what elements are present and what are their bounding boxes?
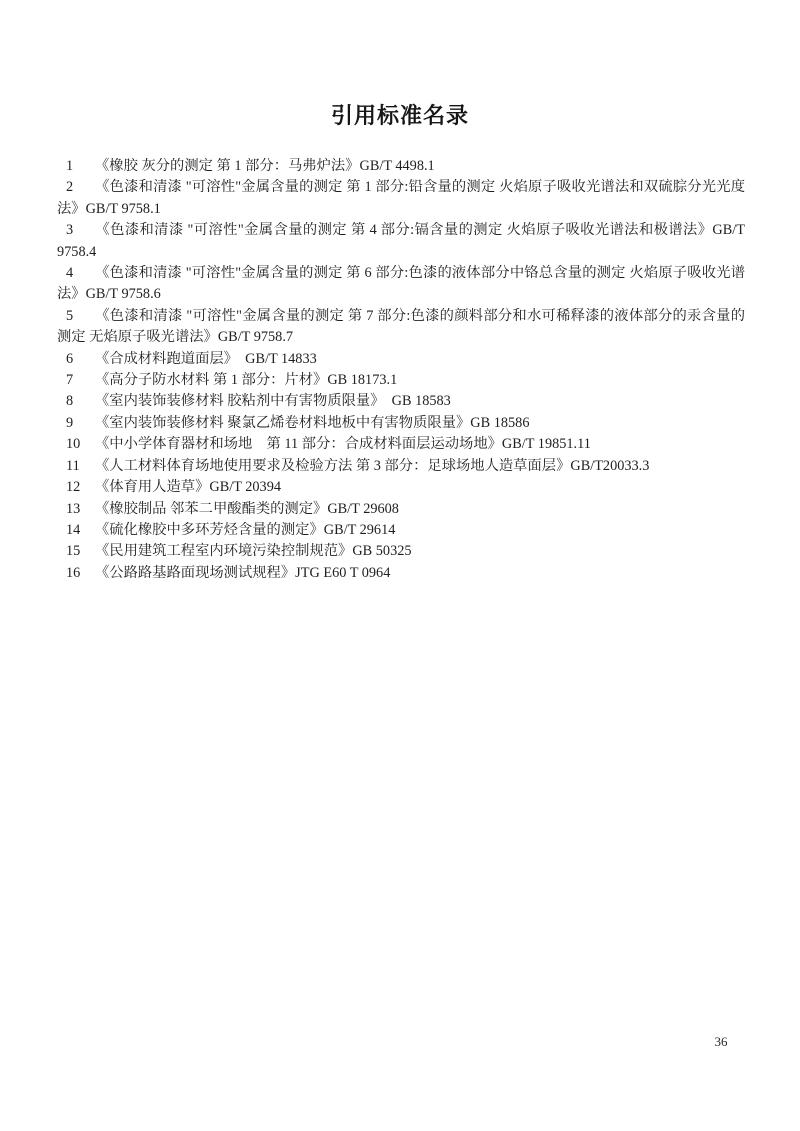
- standard-text: 《色漆和清漆 "可溶性"金属含量的测定 第 4 部分:镉含量的测定 火焰原子吸收…: [57, 222, 745, 259]
- standard-text: 《合成材料跑道面层》 GB/T 14833: [95, 351, 317, 367]
- standard-text: 《公路路基路面现场测试规程》JTG E60 T 0964: [95, 565, 390, 581]
- page-title: 引用标准名录: [0, 0, 800, 129]
- standard-item: 6《合成材料跑道面层》 GB/T 14833: [57, 349, 745, 370]
- standard-item: 8《室内装饰装修材料 胶粘剂中有害物质限量》 GB 18583: [57, 391, 745, 412]
- standard-text: 《室内装饰装修材料 胶粘剂中有害物质限量》 GB 18583: [95, 393, 451, 409]
- standard-number: 13: [66, 499, 95, 520]
- standard-text: 《人工材料体育场地使用要求及检验方法 第 3 部分：足球场地人造草面层》GB/T…: [95, 458, 649, 474]
- standard-text: 《橡胶制品 邻苯二甲酸酯类的测定》GB/T 29608: [95, 501, 399, 517]
- standard-number: 4: [66, 263, 95, 284]
- standard-number: 14: [66, 520, 95, 541]
- standard-number: 1: [66, 156, 95, 177]
- standard-item: 4《色漆和清漆 "可溶性"金属含量的测定 第 6 部分:色漆的液体部分中铬总含量…: [57, 263, 745, 306]
- standard-item: 3《色漆和清漆 "可溶性"金属含量的测定 第 4 部分:镉含量的测定 火焰原子吸…: [57, 220, 745, 263]
- standard-number: 9: [66, 413, 95, 434]
- standard-text: 《体育用人造草》GB/T 20394: [95, 479, 281, 495]
- standard-number: 3: [66, 220, 95, 241]
- standard-number: 12: [66, 477, 95, 498]
- standard-number: 10: [66, 434, 95, 455]
- standard-item: 7《高分子防水材料 第 1 部分：片材》GB 18173.1: [57, 370, 745, 391]
- standard-item: 15《民用建筑工程室内环境污染控制规范》GB 50325: [57, 541, 745, 562]
- standard-number: 15: [66, 541, 95, 562]
- standard-item: 1《橡胶 灰分的测定 第 1 部分：马弗炉法》GB/T 4498.1: [57, 156, 745, 177]
- standard-text: 《高分子防水材料 第 1 部分：片材》GB 18173.1: [95, 372, 397, 388]
- standard-text: 《民用建筑工程室内环境污染控制规范》GB 50325: [95, 543, 412, 559]
- standard-text: 《色漆和清漆 "可溶性"金属含量的测定 第 6 部分:色漆的液体部分中铬总含量的…: [57, 265, 745, 302]
- standard-number: 11: [66, 456, 95, 477]
- page-number: 36: [706, 1034, 736, 1050]
- standard-number: 2: [66, 177, 95, 198]
- standard-text: 《室内装饰装修材料 聚氯乙烯卷材料地板中有害物质限量》GB 18586: [95, 415, 529, 431]
- standard-text: 《色漆和清漆 "可溶性"金属含量的测定 第 1 部分:铅含量的测定 火焰原子吸收…: [57, 179, 745, 216]
- standard-number: 5: [66, 306, 95, 327]
- standard-item: 14《硫化橡胶中多环芳烃含量的测定》GB/T 29614: [57, 520, 745, 541]
- standard-item: 5《色漆和清漆 "可溶性"金属含量的测定 第 7 部分:色漆的颜料部分和水可稀释…: [57, 306, 745, 349]
- standard-item: 16《公路路基路面现场测试规程》JTG E60 T 0964: [57, 563, 745, 584]
- standard-text: 《中小学体育器材和场地 第 11 部分：合成材料面层运动场地》GB/T 1985…: [95, 436, 591, 452]
- standards-list: 1《橡胶 灰分的测定 第 1 部分：马弗炉法》GB/T 4498.12《色漆和清…: [57, 156, 745, 584]
- standard-number: 6: [66, 349, 95, 370]
- standard-number: 16: [66, 563, 95, 584]
- standard-item: 13《橡胶制品 邻苯二甲酸酯类的测定》GB/T 29608: [57, 499, 745, 520]
- standard-number: 8: [66, 391, 95, 412]
- standard-item: 10《中小学体育器材和场地 第 11 部分：合成材料面层运动场地》GB/T 19…: [57, 434, 745, 455]
- standard-item: 2《色漆和清漆 "可溶性"金属含量的测定 第 1 部分:铅含量的测定 火焰原子吸…: [57, 177, 745, 220]
- standard-text: 《硫化橡胶中多环芳烃含量的测定》GB/T 29614: [95, 522, 395, 538]
- standard-item: 12《体育用人造草》GB/T 20394: [57, 477, 745, 498]
- standard-item: 9《室内装饰装修材料 聚氯乙烯卷材料地板中有害物质限量》GB 18586: [57, 413, 745, 434]
- standard-text: 《色漆和清漆 "可溶性"金属含量的测定 第 7 部分:色漆的颜料部分和水可稀释漆…: [57, 308, 745, 345]
- document-page: 引用标准名录 1《橡胶 灰分的测定 第 1 部分：马弗炉法》GB/T 4498.…: [0, 0, 800, 1131]
- standard-text: 《橡胶 灰分的测定 第 1 部分：马弗炉法》GB/T 4498.1: [95, 158, 435, 174]
- standard-number: 7: [66, 370, 95, 391]
- standard-item: 11《人工材料体育场地使用要求及检验方法 第 3 部分：足球场地人造草面层》GB…: [57, 456, 745, 477]
